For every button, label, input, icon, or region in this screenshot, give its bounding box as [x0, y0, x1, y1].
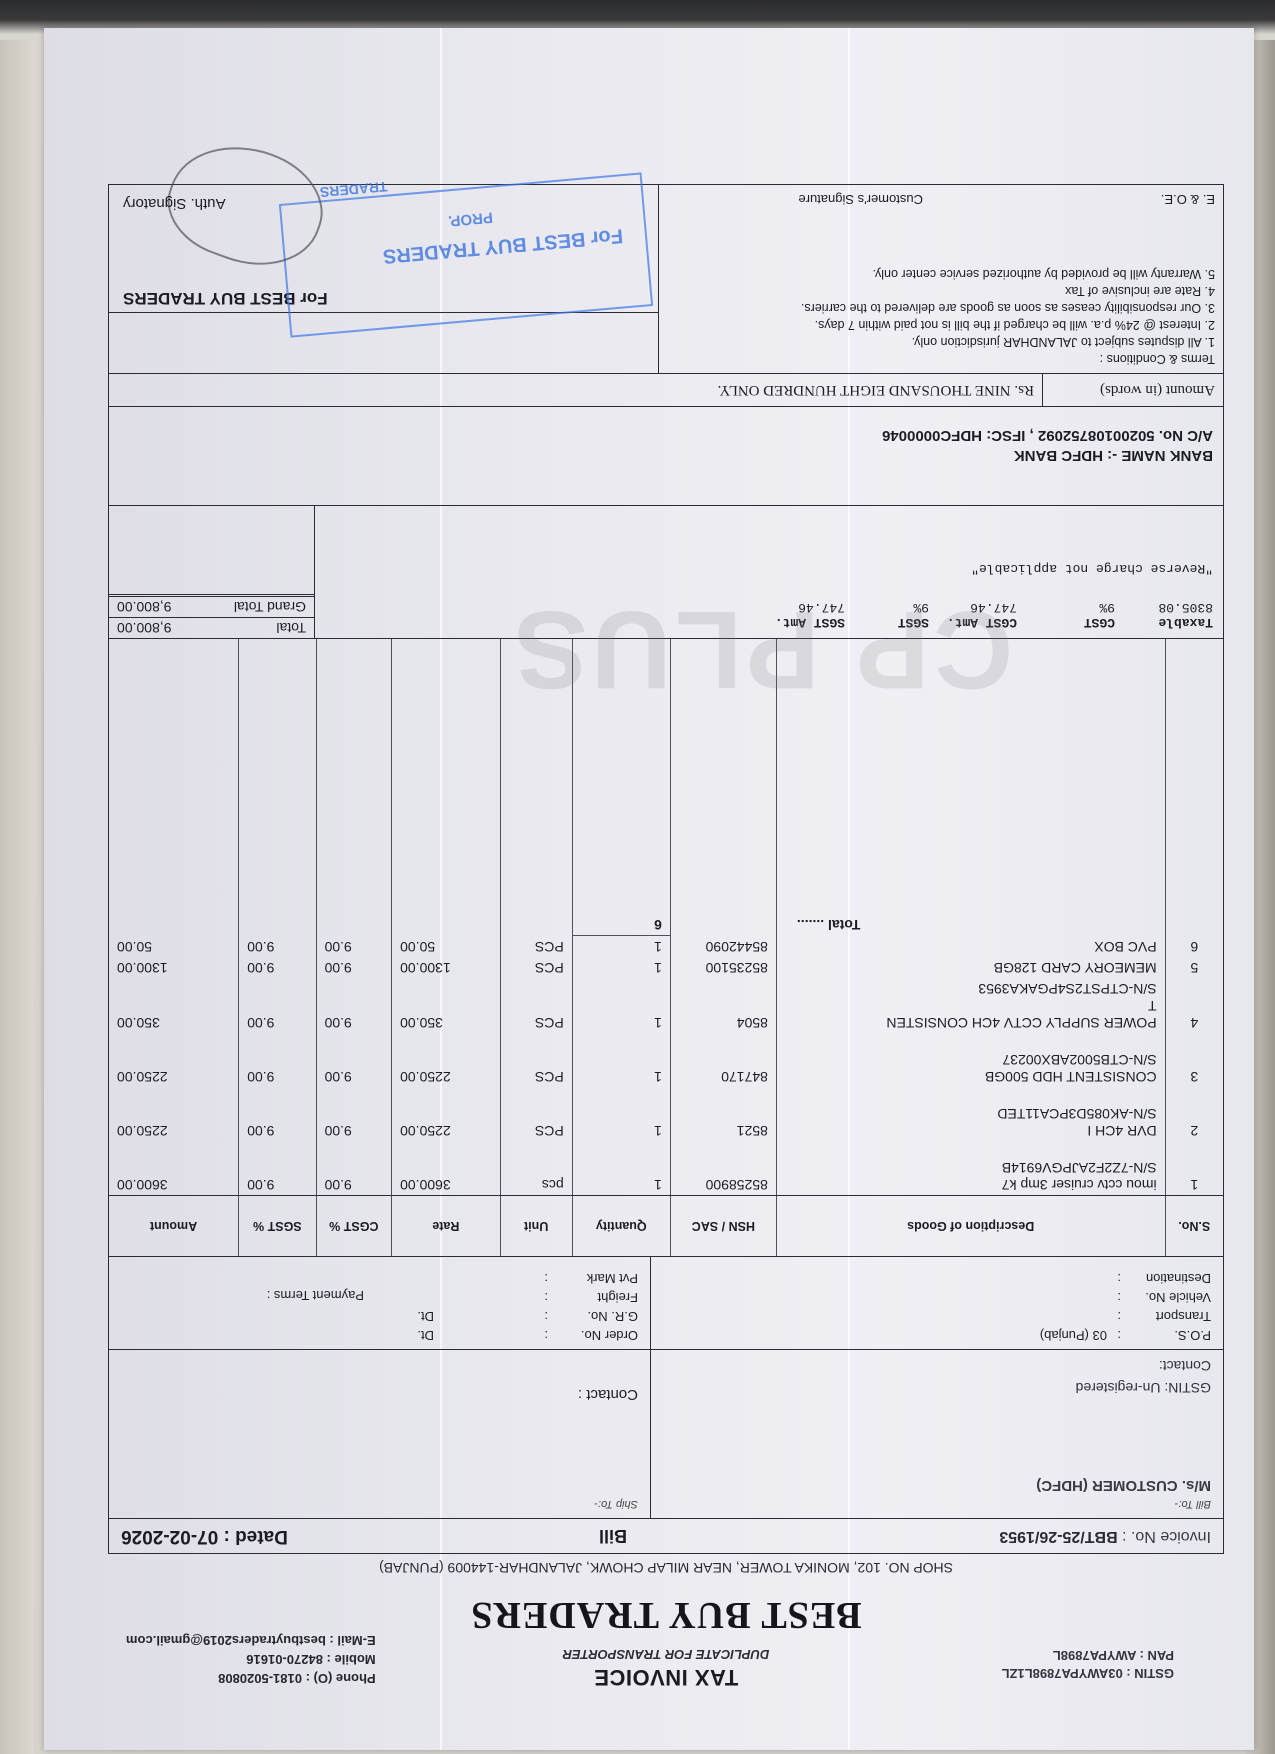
party-details: Bill To:- M/s. CUSTOMER (HDFC) GSTIN: Un… — [109, 1349, 1223, 1518]
row-unit: PCS — [500, 957, 572, 978]
col-rate: Rate — [392, 1196, 501, 1257]
invoice-number: Invoice No. : BBT/25-26/1953 — [639, 1527, 1223, 1545]
row-amount: 350.00 — [109, 978, 239, 1033]
tax-breakup-values: 8305.08 9% 747.46 9% 747.46 — [325, 600, 1213, 615]
description-line: POWER SUPPLY CCTV 4CH CONSISTEN — [785, 1014, 1157, 1031]
row-hsn: 85235100 — [670, 957, 776, 978]
email-value: bestbuytraders2019@gmail.com — [126, 1633, 326, 1648]
row-sgst: 9.00 — [239, 1103, 316, 1141]
transport-middle: Order No.:Dt. G.R. No.:Dt. Freight: Pvt … — [376, 1257, 650, 1349]
col-amount: Amount — [109, 1196, 239, 1257]
ship-to-label: Ship To:- — [121, 1498, 638, 1510]
col-sno: S.No. — [1165, 1196, 1223, 1257]
table-row: 4POWER SUPPLY CCTV 4CH CONSISTENTS/N-CTP… — [109, 978, 1223, 1033]
term-item: 2. Interest @ 24% p.a. will be charged i… — [667, 316, 1215, 333]
total-value: 9,800.00 — [117, 620, 172, 636]
row-description: PVC BOX — [776, 936, 1165, 958]
col-cgst: CGST % — [316, 1196, 392, 1257]
reverse-charge-note: "Reverse charge not applicable" — [325, 561, 1213, 576]
table-row: 1imou cctv cruiser 3mp k7S/N-7Z2F2AJPGV6… — [109, 1157, 1223, 1196]
mobile-value: 84270-01616 — [246, 1652, 323, 1667]
ship-to-contact: Contact : — [578, 1386, 638, 1403]
customer-signature-label: Customer's Signature — [798, 191, 923, 208]
amount-words-label: Amount (in words) — [1042, 374, 1223, 406]
row-amount: 50.00 — [109, 936, 239, 958]
transport-field: P.O.S.:03 (Punjab) — [663, 1326, 1211, 1345]
bill-to-section: Bill To:- M/s. CUSTOMER (HDFC) GSTIN: Un… — [650, 1350, 1223, 1518]
table-row: 6PVC BOX854420901PCS50.009.009.0050.00 — [109, 936, 1223, 958]
row-description: POWER SUPPLY CCTV 4CH CONSISTENTS/N-CTPS… — [776, 978, 1165, 1033]
term-item: 1. All disputes subject to JALANDHAR jur… — [667, 333, 1215, 350]
description-line: MEMEORY CARD 128GB — [785, 959, 1157, 976]
row-cgst: 9.00 — [316, 957, 392, 978]
row-quantity: 1 — [572, 978, 670, 1033]
amount-in-words: Amount (in words) Rs. NINE THOUSAND EIGH… — [109, 373, 1223, 406]
order-field: Pvt Mark: — [388, 1269, 638, 1288]
row-hsn: 85258900 — [670, 1157, 776, 1196]
description-line: S/N-CTPST2S4PGAKA3953 — [785, 980, 1157, 997]
row-description: MEMEORY CARD 128GB — [776, 957, 1165, 978]
bank-name: BANK NAME -: HDFC BANK — [119, 445, 1213, 465]
order-field: Freight: — [388, 1288, 638, 1307]
col-quantity: Quantity — [572, 1196, 670, 1257]
invoice-meta-row: Invoice No. : BBT/25-26/1953 Bill Dated … — [109, 1518, 1223, 1553]
invoice-date: Dated : 07-02-2026 — [109, 1525, 385, 1547]
description-line: S/N-CTB5002ABX00237 — [785, 1051, 1157, 1068]
row-cgst: 9.00 — [316, 1157, 392, 1196]
row-unit: PCS — [500, 1103, 572, 1141]
row-rate: 1300.00 — [392, 957, 501, 978]
phone-value: 0181-5020808 — [218, 1671, 302, 1686]
order-field: G.R. No.:Dt. — [388, 1307, 638, 1326]
row-amount: 3600.00 — [109, 1157, 239, 1196]
row-rate: 50.00 — [392, 936, 501, 958]
invoice-header: GSTIN : 03AWYPA7898L1ZL PAN : AWYPA7898L… — [108, 1580, 1224, 1720]
invoice-type: Bill — [385, 1526, 639, 1547]
row-cgst: 9.00 — [316, 936, 392, 958]
eoe-note: E. & O.E. — [1161, 191, 1215, 208]
row-unit: PCS — [500, 936, 572, 958]
items-table: S.No. Description of Goods HSN / SAC Qua… — [109, 639, 1223, 1256]
col-description: Description of Goods — [776, 1196, 1165, 1257]
term-item: 5. Warranty will be provided by authoriz… — [667, 265, 1215, 282]
items-body: 1imou cctv cruiser 3mp k7S/N-7Z2F2AJPGV6… — [109, 639, 1223, 1196]
transport-field: Transport: — [663, 1307, 1211, 1326]
row-description: DVR 4CH IS/N-AK085D3PCA11TED — [776, 1103, 1165, 1141]
row-sno: 3 — [1165, 1049, 1223, 1087]
row-sgst: 9.00 — [239, 1157, 316, 1196]
invoice-content: GSTIN : 03AWYPA7898L1ZL PAN : AWYPA7898L… — [108, 184, 1224, 1720]
description-line: T — [785, 997, 1157, 1014]
payment-terms: Payment Terms : — [109, 1257, 376, 1349]
row-amount: 2250.00 — [109, 1103, 239, 1141]
tax-breakup-header: Taxable CGST CGST Amt. SGST SGST Amt. — [325, 615, 1213, 630]
term-item: 3. Our responsibility ceases as soon as … — [667, 299, 1215, 316]
description-line: DVR 4CH I — [785, 1122, 1157, 1139]
row-rate: 350.00 — [392, 978, 501, 1033]
description-line: PVC BOX — [785, 938, 1157, 955]
totals-box: Total 9,800.00 Grand Total 9,800.00 — [109, 506, 315, 638]
grand-total-value: 9,800.00 — [117, 599, 172, 615]
signatory-area: For BEST BUY TRADERS For BEST BUY TRADER… — [109, 185, 658, 313]
row-description: CONSISTENT HDD 500GBS/N-CTB5002ABX00237 — [776, 1049, 1165, 1087]
transport-field: Destination: — [663, 1269, 1211, 1288]
items-total-label: Total ....... — [776, 913, 1165, 936]
row-unit: pcs — [500, 1157, 572, 1196]
auth-signatory-label: Auth. Signatory — [123, 195, 226, 212]
term-item: 4. Rate are inclusive of Tax — [667, 282, 1215, 299]
row-sno: 2 — [1165, 1103, 1223, 1141]
row-quantity: 1 — [572, 936, 670, 958]
row-quantity: 1 — [572, 957, 670, 978]
transport-details: P.O.S.:03 (Punjab) Transport: Vehicle No… — [109, 1256, 1223, 1349]
col-sgst: SGST % — [239, 1196, 316, 1257]
invoice-sheet: GSTIN : 03AWYPA7898L1ZL PAN : AWYPA7898L… — [44, 28, 1254, 1750]
row-sno: 6 — [1165, 936, 1223, 958]
row-rate: 2250.00 — [392, 1049, 501, 1087]
grand-total-line: Grand Total 9,800.00 — [109, 594, 314, 618]
customer-name: M/s. CUSTOMER (HDFC) — [663, 1477, 1211, 1494]
row-sgst: 9.00 — [239, 978, 316, 1033]
row-quantity: 1 — [572, 1157, 670, 1196]
row-hsn: 8521 — [670, 1103, 776, 1141]
seller-address: SHOP NO. 102, MONIKA TOWER, NEAR MILAP C… — [108, 1554, 1224, 1576]
table-row: 5MEMEORY CARD 128GB852351001PCS1300.009.… — [109, 957, 1223, 978]
date-label: Dated — [235, 1526, 288, 1547]
table-row: 3CONSISTENT HDD 500GBS/N-CTB5002ABX00237… — [109, 1049, 1223, 1087]
invoice-number-value: BBT/25-26/1953 — [999, 1528, 1117, 1545]
transport-field: Vehicle No.: — [663, 1288, 1211, 1307]
bank-account: A/C No. 50200108752092 , IFSC: HDFC00000… — [119, 425, 1213, 445]
description-line: S/N-AK085D3PCA11TED — [785, 1105, 1157, 1122]
items-total-row: Total .......6 — [109, 913, 1223, 936]
row-sgst: 9.00 — [239, 936, 316, 958]
row-amount: 2250.00 — [109, 1049, 239, 1087]
row-rate: 2250.00 — [392, 1103, 501, 1141]
footer-section: Terms & Conditions : 1. All disputes sub… — [109, 185, 1223, 373]
row-sno: 1 — [1165, 1157, 1223, 1196]
row-cgst: 9.00 — [316, 1049, 392, 1087]
row-hsn: 8504 — [670, 978, 776, 1033]
description-line: CONSISTENT HDD 500GB — [785, 1068, 1157, 1085]
description-line: S/N-7Z2F2AJPGV6914B — [785, 1159, 1157, 1176]
row-rate: 3600.00 — [392, 1157, 501, 1196]
seller-contacts: Phone (O) : 0181-5020808 Mobile : 84270-… — [126, 1631, 376, 1688]
ship-to-section: Ship To:- Contact : — [109, 1350, 650, 1518]
customer-contact: Contact: — [1159, 1358, 1211, 1374]
email-label: E-Mail — [337, 1633, 375, 1648]
invoice-number-label: Invoice No. — [1131, 1528, 1211, 1545]
row-hsn: 847170 — [670, 1049, 776, 1087]
row-sno: 5 — [1165, 957, 1223, 978]
date-value: 07-02-2026 — [121, 1526, 218, 1547]
row-unit: PCS — [500, 1049, 572, 1087]
row-hsn: 85442090 — [670, 936, 776, 958]
customer-gstin: GSTIN: Un-registered — [1076, 1380, 1211, 1396]
col-unit: Unit — [500, 1196, 572, 1257]
row-quantity: 1 — [572, 1103, 670, 1141]
table-row: 2DVR 4CH IS/N-AK085D3PCA11TED85211PCS225… — [109, 1103, 1223, 1141]
terms-title: Terms & Conditions : — [667, 350, 1215, 367]
items-total-qty: 6 — [572, 913, 670, 936]
transport-left: P.O.S.:03 (Punjab) Transport: Vehicle No… — [650, 1257, 1223, 1349]
row-sgst: 9.00 — [239, 957, 316, 978]
mobile-label: Mobile — [335, 1652, 376, 1667]
tax-summary: Taxable CGST CGST Amt. SGST SGST Amt. 83… — [109, 505, 1223, 639]
row-cgst: 9.00 — [316, 1103, 392, 1141]
row-quantity: 1 — [572, 1049, 670, 1087]
company-stamp: For BEST BUY TRADERS PROP. TRADERS — [279, 172, 653, 337]
bill-to-label: Bill To:- — [663, 1498, 1211, 1510]
description-line: imou cctv cruiser 3mp k7 — [785, 1176, 1157, 1193]
amount-words-value: Rs. NINE THOUSAND EIGHT HUNDRED ONLY. — [718, 382, 1042, 399]
tax-breakup: Taxable CGST CGST Amt. SGST SGST Amt. 83… — [315, 506, 1223, 638]
items-header-row: S.No. Description of Goods HSN / SAC Qua… — [109, 1196, 1223, 1257]
total-line: Total 9,800.00 — [109, 618, 314, 638]
row-sgst: 9.00 — [239, 1049, 316, 1087]
phone-label: Phone (O) — [314, 1671, 376, 1686]
row-amount: 1300.00 — [109, 957, 239, 978]
row-unit: PCS — [500, 978, 572, 1033]
invoice-body: Invoice No. : BBT/25-26/1953 Bill Dated … — [108, 184, 1224, 1554]
row-sno: 4 — [1165, 978, 1223, 1033]
terms-and-conditions: Terms & Conditions : 1. All disputes sub… — [659, 185, 1223, 373]
row-description: imou cctv cruiser 3mp k7S/N-7Z2F2AJPGV69… — [776, 1157, 1165, 1196]
signatory-box: For BEST BUY TRADERS For BEST BUY TRADER… — [109, 185, 659, 373]
scan-edge-left — [0, 40, 34, 1754]
col-hsn: HSN / SAC — [670, 1196, 776, 1257]
row-cgst: 9.00 — [316, 978, 392, 1033]
bank-details: BANK NAME -: HDFC BANK A/C No. 502001087… — [109, 406, 1223, 505]
order-field: Order No.:Dt. — [388, 1326, 638, 1345]
